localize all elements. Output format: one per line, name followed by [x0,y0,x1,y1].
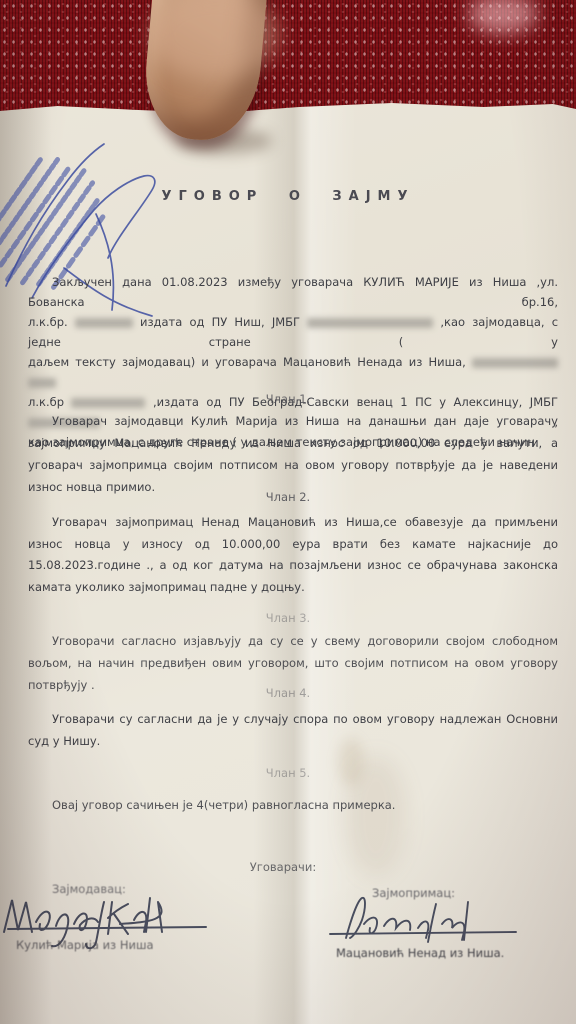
clause-4-heading: Члан 4. [0,682,576,704]
parties-heading: Уговарачи: [0,856,566,878]
clause-2-heading: Члан 2. [0,486,576,508]
redacted-value [28,378,56,388]
fabric-smudge [468,0,538,34]
redacted-value [472,358,558,368]
clause-5-text: Овај уговор сачињен је 4(четри) равногла… [28,794,558,816]
intro-text: издата од ПУ Ниш, ЈМБГ [140,315,300,329]
intro-text: даљем тексту зајмодавац) и уговарача Мац… [28,355,466,369]
borrower-name: Мацановић Ненад из Ниша. [336,946,504,960]
intro-text: л.к.бр. [28,315,68,329]
redacted-value [307,318,433,328]
clause-1-text: Уговарач зајмодавци Кулић Марија из Ниша… [28,410,558,498]
clause-4-text: Уговарачи су сагласни да је у случају сп… [28,708,558,752]
intro-line: Закључен дана 01.08.2023 између уговарач… [28,272,558,312]
intro-text: Закључен дана 01.08.2023 између уговарач… [28,275,558,309]
intro-line: даљем тексту зајмодавац) и уговарача Мац… [28,352,558,392]
intro-line: л.к.бр. издата од ПУ Ниш, ЈМБГ ,као зајм… [28,312,558,352]
redacted-value [75,318,133,328]
contract-paper: УГОВОР О ЗАЈМУ Закључен дана 01.08.2023 … [0,0,576,1024]
document-title: УГОВОР О ЗАЈМУ [0,186,576,208]
clause-5-heading: Члан 5. [0,762,576,784]
borrower-signature [318,894,528,954]
clause-1-heading: Члан 1. [0,388,576,410]
lender-name: Кулић Марија из Ниша [16,938,154,952]
photo-background: УГОВОР О ЗАЈМУ Закључен дана 01.08.2023 … [0,0,576,1024]
clause-2-text: Уговарач зајмопримац Ненад Мацановић из … [28,512,558,598]
clause-3-heading: Члан 3. [0,607,576,629]
